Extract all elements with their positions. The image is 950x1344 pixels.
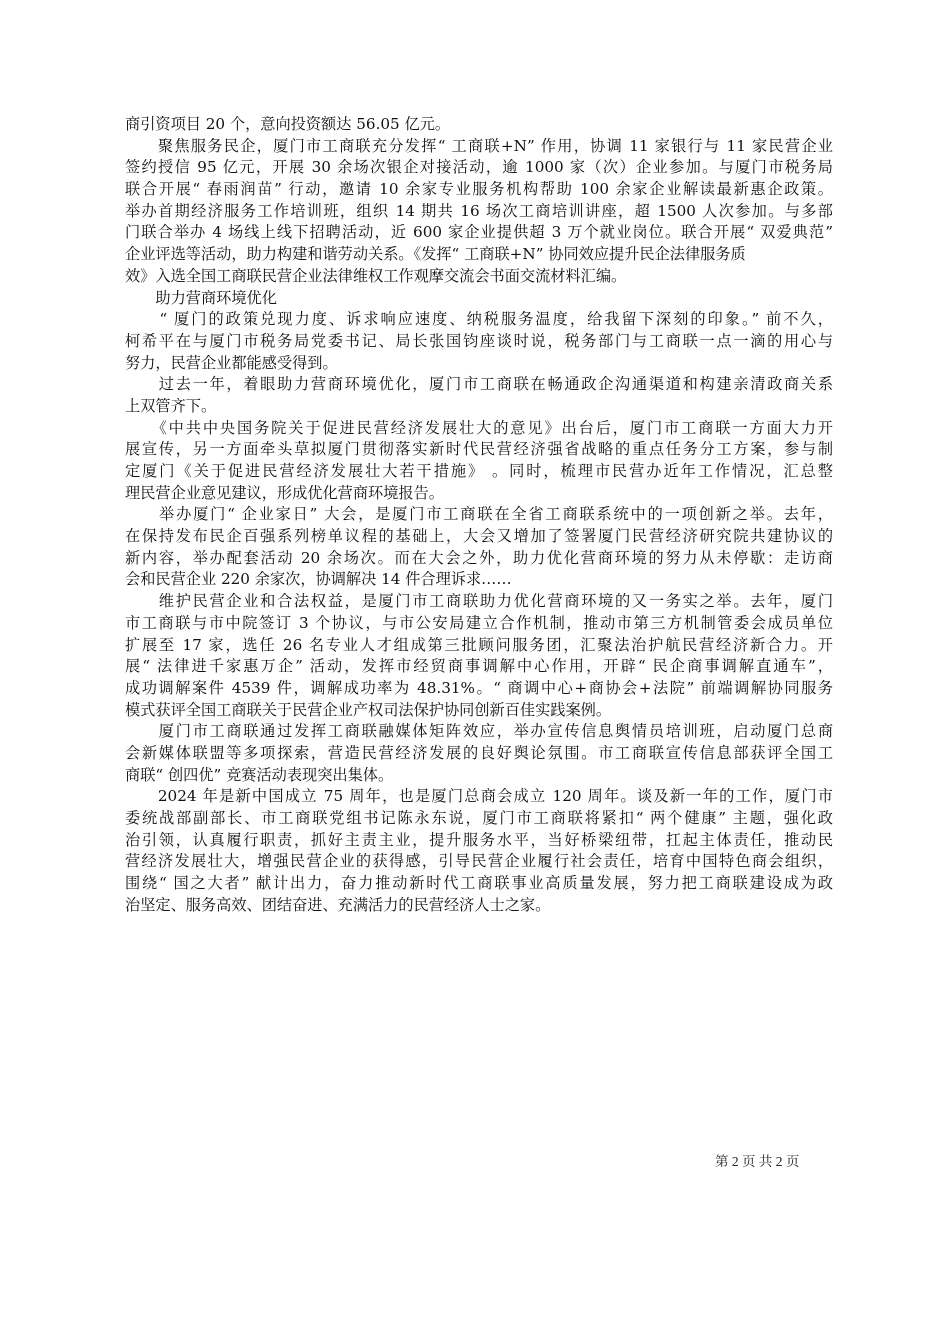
text-line: 努力，民营企业都能感受得到。 [125, 353, 833, 375]
text-line: 商联“ 创四优” 竞赛活动表现突出集体。 [125, 765, 833, 787]
page-number-footer: 第 2 页 共 2 页 [715, 1150, 799, 1170]
text-line: 上双管齐下。 [125, 396, 833, 418]
text-line: 聚焦服务民企，厦门市工商联充分发挥“ 工商联+N” 作用，协调 11 家银行与 … [125, 136, 833, 158]
text-line: 维护民营企业和合法权益，是厦门市工商联助力优化营商环境的又一务实之举。去年，厦门 [125, 591, 833, 613]
text-line: 厦门市工商联通过发挥工商联融媒体矩阵效应，举办宣传信息舆情员培训班，启动厦门总商 [125, 721, 833, 743]
text-line: 市工商联与市中院签订 3 个协议，与市公安局建立合作机制，推动市第三方机制管委会… [125, 613, 833, 635]
text-line: 柯希平在与厦门市税务局党委书记、局长张国钧座谈时说，税务部门与工商联一点一滴的用… [125, 331, 833, 353]
text-line: 助力营商环境优化 [125, 288, 833, 310]
text-line: 新内容，举办配套活动 20 余场次。而在大会之外，助力优化营商环境的努力从未停歇… [125, 548, 833, 570]
text-line: 企业评选等活动，助力构建和谐劳动关系。《发挥“ 工商联+N” 协同效应提升民企法… [125, 244, 833, 266]
text-line: 会新媒体联盟等多项探索，营造民营经济发展的良好舆论氛围。市工商联宣传信息部获评全… [125, 743, 833, 765]
text-line: 举办厦门“ 企业家日” 大会，是厦门市工商联在全省工商联系统中的一项创新之举。去… [125, 504, 833, 526]
text-line: 效》入选全国工商联民营企业法律维权工作观摩交流会书面交流材料汇编。 [125, 266, 833, 288]
text-line: 过去一年，着眼助力营商环境优化，厦门市工商联在畅通政企沟通渠道和构建亲清政商关系 [125, 374, 833, 396]
text-line: “ 厦门的政策兑现力度、诉求响应速度、纳税服务温度，给我留下深刻的印象。” 前不… [125, 309, 833, 331]
text-line: 营经济发展壮大，增强民营企业的获得感，引导民营企业履行社会责任，培育中国特色商会… [125, 851, 833, 873]
text-line: 签约授信 95 亿元，开展 30 余场次银企对接活动，逾 1000 家（次）企业… [125, 157, 833, 179]
document-page: 商引资项目 20 个，意向投资额达 56.05 亿元。 聚焦服务民企，厦门市工商… [0, 0, 950, 1344]
text-line: 模式获评全国工商联关于民营企业产权司法保护协同创新百佳实践案例。 [125, 700, 833, 722]
text-line: 定厦门《关于促进民营经济发展壮大若干措施》 。同时，梳理市民营办近年工作情况，汇… [125, 461, 833, 483]
text-line: 在保持发布民企百强系列榜单议程的基础上，大会又增加了签署厦门民营经济研究院共建协… [125, 526, 833, 548]
text-line: 商引资项目 20 个，意向投资额达 56.05 亿元。 [125, 114, 833, 136]
text-line: 2024 年是新中国成立 75 周年，也是厦门总商会成立 120 周年。谈及新一… [125, 786, 833, 808]
text-line: 委统战部副部长、市工商联党组书记陈永东说，厦门市工商联将紧扣“ 两个健康” 主题… [125, 808, 833, 830]
text-line: 展“ 法律进千家惠万企” 活动，发挥市经贸商事调解中心作用，开辟“ 民企商事调解… [125, 656, 833, 678]
text-line: 治坚定、服务高效、团结奋进、充满活力的民营经济人士之家。 [125, 895, 833, 917]
article-body: 商引资项目 20 个，意向投资额达 56.05 亿元。 聚焦服务民企，厦门市工商… [125, 114, 833, 916]
text-line: 成功调解案件 4539 件，调解成功率为 48.31%。“ 商调中心+商协会+法… [125, 678, 833, 700]
text-line: 围绕“ 国之大者” 献计出力，奋力推动新时代工商联事业高质量发展，努力把工商联建… [125, 873, 833, 895]
text-line: 举办首期经济服务工作培训班，组织 14 期共 16 场次工商培训讲座，超 150… [125, 201, 833, 223]
text-line: 扩展至 17 家，选任 26 名专业人才组成第三批顾问服务团，汇聚法治护航民营经… [125, 635, 833, 657]
text-line: 治引领，认真履行职责，抓好主责主业，提升服务水平，当好桥梁纽带，扛起主体责任，推… [125, 830, 833, 852]
text-line: 联合开展“ 春雨润苗” 行动，邀请 10 余家专业服务机构帮助 100 余家企业… [125, 179, 833, 201]
text-line: 展宣传，另一方面牵头草拟厦门贯彻落实新时代民营经济强省战略的重点任务分工方案，参… [125, 439, 833, 461]
text-line: 门联合举办 4 场线上线下招聘活动，近 600 家企业提供超 3 万个就业岗位。… [125, 222, 833, 244]
text-line: 理民营企业意见建议，形成优化营商环境报告。 [125, 483, 833, 505]
text-line: 《中共中央国务院关于促进民营经济发展壮大的意见》出台后，厦门市工商联一方面大力开 [125, 418, 833, 440]
text-line: 会和民营企业 220 余家次，协调解决 14 件合理诉求…… [125, 569, 833, 591]
